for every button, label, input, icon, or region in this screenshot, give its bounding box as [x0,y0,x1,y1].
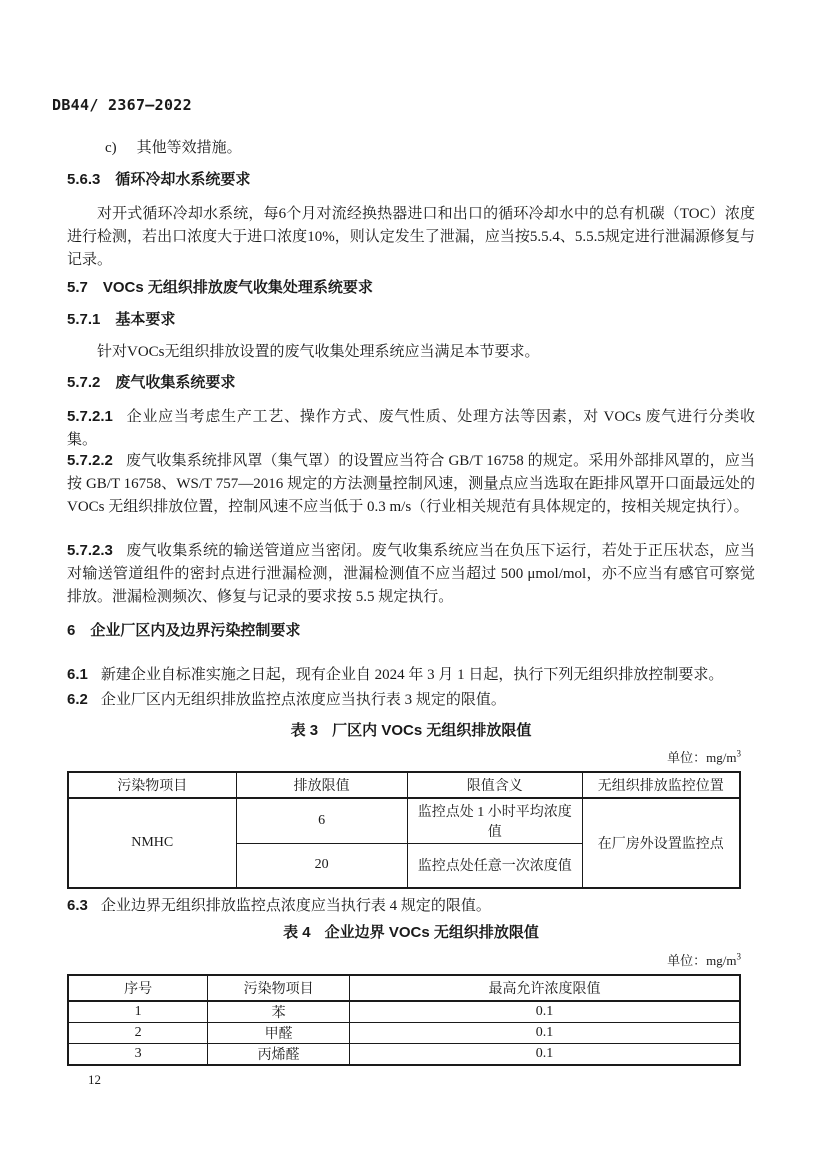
document-page: DB44/ 2367—2022 c)其他等效措施。 5.6.3循环冷却水系统要求… [0,0,826,1169]
unit-text: 单位：mg/m [667,953,736,968]
heading-5-7-1: 5.7.1基本要求 [67,310,755,330]
list-item-marker: c) [105,140,117,156]
table3-cell-limit: 20 [236,843,407,888]
table4-unit: 单位：mg/m3 [67,950,741,969]
table4-cell-item: 丙烯醛 [208,1044,350,1066]
table4: 序号 污染物项目 最高允许浓度限值 1 苯 0.1 2 甲醛 0.1 3 丙烯醛… [67,974,741,1066]
heading-6: 6企业厂区内及边界污染控制要求 [67,621,755,641]
page-number: 12 [88,1072,101,1088]
clause-text: 企业厂区内无组织排放监控点浓度应当执行表 3 规定的限值。 [101,692,506,708]
table4-row: 1 苯 0.1 [68,1001,740,1023]
table4-header-no: 序号 [68,975,208,1001]
heading-number: 6 [67,622,75,639]
clause-number: 6.3 [67,897,88,914]
table4-header-row: 序号 污染物项目 最高允许浓度限值 [68,975,740,1001]
clause-5-7-2-2: 5.7.2.2废气收集系统排风罩（集气罩）的设置应当符合 GB/T 16758 … [67,449,755,519]
table4-cell-limit: 0.1 [350,1023,740,1044]
table4-cell-limit: 0.1 [350,1001,740,1023]
table4-header-limit: 最高允许浓度限值 [350,975,740,1001]
clause-5-7-2-3: 5.7.2.3废气收集系统的输送管道应当密闭。废气收集系统应当在负压下运行，若处… [67,539,755,609]
paragraph-5-6-3: 对开式循环冷却水系统，每6个月对流经换热器进口和出口的循环冷却水中的总有机碳（T… [67,203,755,272]
list-item-c: c)其他等效措施。 [67,137,755,160]
table4-title: 表 4企业边界 VOCs 无组织排放限值 [67,921,755,942]
clause-number: 5.7.2.1 [67,408,113,425]
table3-unit: 单位：mg/m3 [67,747,741,766]
table4-cell-no: 1 [68,1001,208,1023]
clause-text: 企业应当考虑生产工艺、操作方式、废气性质、处理方法等因素，对 VOCs 废气进行… [67,409,755,448]
table4-cell-no: 2 [68,1023,208,1044]
unit-superscript: 3 [737,749,742,759]
heading-5-6-3: 5.6.3循环冷却水系统要求 [67,170,755,190]
table3-title: 表 3厂区内 VOCs 无组织排放限值 [67,719,755,740]
table3-header-location: 无组织排放监控位置 [582,772,740,798]
heading-number: 5.7.2 [67,374,100,391]
heading-title: 循环冷却水系统要求 [115,171,250,188]
table3-cell-limit: 6 [236,798,407,843]
table3-cell-location: 在厂房外设置监控点 [582,798,740,888]
clause-text: 企业边界无组织排放监控点浓度应当执行表 4 规定的限值。 [101,898,491,914]
clause-number: 6.2 [67,691,88,708]
table4-cell-item: 苯 [208,1001,350,1023]
table3-cell-meaning: 监控点处 1 小时平均浓度值 [407,798,582,843]
clause-text: 废气收集系统的输送管道应当密闭。废气收集系统应当在负压下运行，若处于正压状态，应… [67,543,755,605]
heading-title: 企业厂区内及边界污染控制要求 [90,622,300,639]
heading-title: 废气收集系统要求 [115,374,235,391]
table3-row: NMHC 6 监控点处 1 小时平均浓度值 在厂房外设置监控点 [68,798,740,843]
heading-title: VOCs 无组织排放废气收集处理系统要求 [103,279,373,296]
heading-title: 基本要求 [115,311,175,328]
clause-number: 5.7.2.3 [67,542,113,559]
clause-6-2: 6.2企业厂区内无组织排放监控点浓度应当执行表 3 规定的限值。 [67,688,755,712]
heading-number: 5.7 [67,279,88,296]
table4-header-item: 污染物项目 [208,975,350,1001]
list-item-text: 其他等效措施。 [137,140,242,156]
clause-6-1: 6.1新建企业自标准实施之日起，现有企业自 2024 年 3 月 1 日起，执行… [67,663,755,687]
clause-number: 5.7.2.2 [67,452,113,469]
clause-number: 6.1 [67,666,88,683]
clause-6-3: 6.3企业边界无组织排放监控点浓度应当执行表 4 规定的限值。 [67,894,755,918]
clause-text: 新建企业自标准实施之日起，现有企业自 2024 年 3 月 1 日起，执行下列无… [101,667,724,683]
heading-number: 5.7.1 [67,311,100,328]
heading-number: 5.6.3 [67,171,100,188]
unit-text: 单位：mg/m [667,750,736,765]
table3-cell-pollutant: NMHC [68,798,236,888]
table3-header-meaning: 限值含义 [407,772,582,798]
table4-row: 3 丙烯醛 0.1 [68,1044,740,1066]
heading-5-7: 5.7VOCs 无组织排放废气收集处理系统要求 [67,278,755,298]
clause-5-7-2-1: 5.7.2.1企业应当考虑生产工艺、操作方式、废气性质、处理方法等因素，对 VO… [67,405,755,452]
table3-header-pollutant: 污染物项目 [68,772,236,798]
standard-code: DB44/ 2367—2022 [52,96,192,114]
table3-label: 表 3 [291,722,319,739]
table3: 污染物项目 排放限值 限值含义 无组织排放监控位置 NMHC 6 监控点处 1 … [67,771,741,889]
table4-cell-no: 3 [68,1044,208,1066]
table3-caption: 厂区内 VOCs 无组织排放限值 [332,722,531,739]
paragraph-5-7-1: 针对VOCs无组织排放设置的废气收集处理系统应当满足本节要求。 [67,341,755,364]
table4-caption: 企业边界 VOCs 无组织排放限值 [325,924,539,941]
table3-header-limit: 排放限值 [236,772,407,798]
table4-label: 表 4 [283,924,311,941]
table4-cell-item: 甲醛 [208,1023,350,1044]
unit-superscript: 3 [737,952,742,962]
table3-cell-meaning: 监控点处任意一次浓度值 [407,843,582,888]
clause-text: 废气收集系统排风罩（集气罩）的设置应当符合 GB/T 16758 的规定。采用外… [67,453,755,515]
table3-header-row: 污染物项目 排放限值 限值含义 无组织排放监控位置 [68,772,740,798]
table4-cell-limit: 0.1 [350,1044,740,1066]
table4-row: 2 甲醛 0.1 [68,1023,740,1044]
heading-5-7-2: 5.7.2废气收集系统要求 [67,373,755,393]
